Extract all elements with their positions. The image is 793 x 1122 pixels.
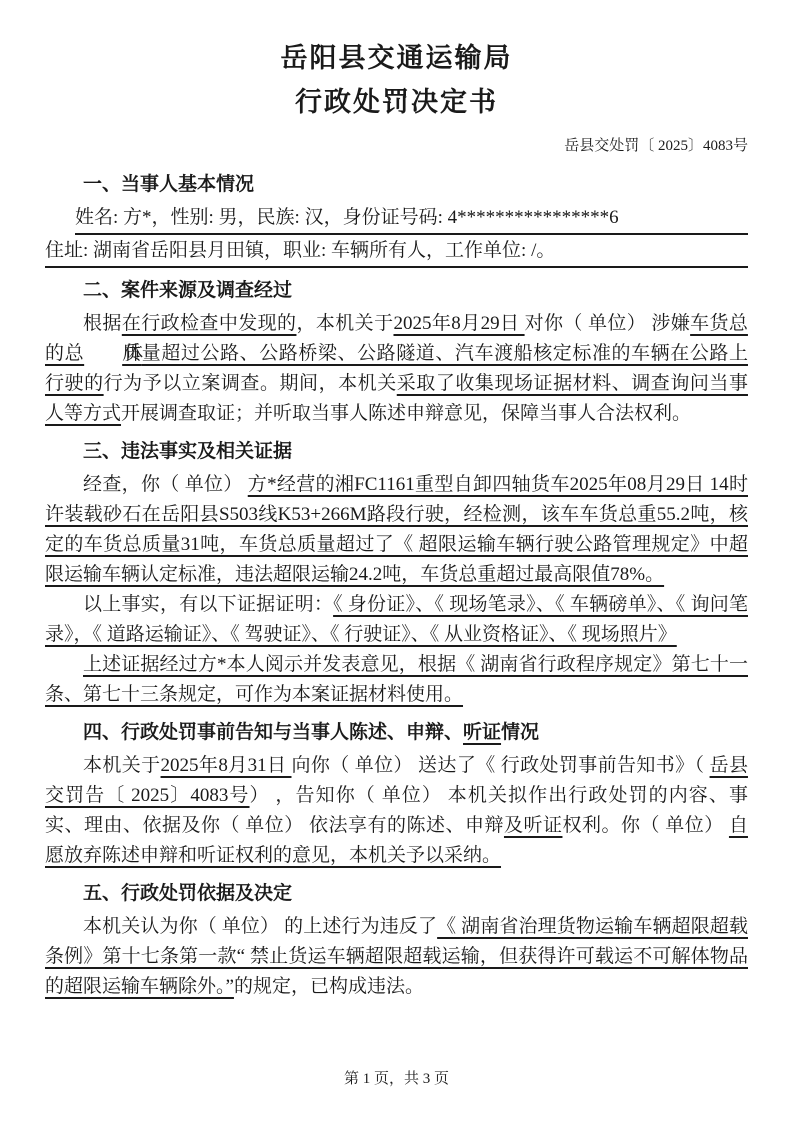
section-5-heading: 五、行政处罚依据及决定 [45, 879, 748, 909]
section-3-paragraph-evidence: 以上事实，有以下证据证明：《 身份证》、《 现场笔录》、《 车辆磅单》、《 询问… [45, 590, 748, 650]
text-segment: 的规定，已构成违法。 [234, 976, 424, 997]
page-number-footer: 第 1 页，共 3 页 [0, 1067, 793, 1088]
text-segment: 及听证 [504, 815, 563, 836]
section-1-heading: 一、当事人基本情况 [45, 170, 748, 200]
text-segment: 本机关于 [83, 755, 161, 776]
text-segment: 以上事实，有以下证据证明： [83, 594, 333, 615]
text-segment: 权利。你（ 单位） [562, 815, 728, 836]
document-title-org: 岳阳县交通运输局 [45, 36, 748, 80]
section-2-heading: 二、案件来源及调查经过 [45, 276, 748, 306]
section-4-paragraph: 本机关于2025年8月31日 向你（ 单位） 送达了《 行政处罚事前告知书》（ … [45, 751, 748, 871]
text-segment: 根据 [83, 313, 122, 334]
party-name-field: 姓名: 方*，性别: 男，民族: 汉，身份证号码: 4*************… [75, 203, 748, 235]
text-segment: 2025年8月29日 [393, 313, 524, 334]
document-page: 岳阳县交通运输局 行政处罚决定书 岳县交处罚〔 2025〕4083号 一、当事人… [0, 0, 793, 1122]
text-segment: ，本机关于 [296, 313, 393, 334]
text-segment: 听证 [463, 722, 501, 743]
text-segment: 行为予以立案调查。期间，本机关 [104, 373, 397, 394]
text-segment: 情况 [501, 722, 539, 743]
text-segment: 开展调查取证；并听取当事人陈述申辩意见，保障当事人合法权利。 [121, 403, 691, 424]
document-number: 岳县交处罚〔 2025〕4083号 [45, 136, 748, 156]
section-3-paragraph-review: 上述证据经过方*本人阅示并发表意见，根据《 湖南省行政程序规定》第七十一条、第七… [45, 650, 748, 710]
text-segment: 在行政检查中发现的 [122, 313, 297, 334]
text-segment: 对你（ 单位） 涉嫌 [525, 313, 691, 334]
text-segment: 四、行政处罚事前告知与当事人陈述、申辩、 [83, 722, 463, 743]
section-5-paragraph: 本机关认为你（ 单位） 的上述行为违反了《 湖南省治理货物运输车辆超限超载条例》… [45, 912, 748, 1002]
party-address-field: 住址: 湖南省岳阳县月田镇，职业: 车辆所有人，工作单位: /。 [45, 236, 748, 268]
section-3-paragraph-facts: 经查，你（ 单位） 方*经营的湘FC1161重型自卸四轴货车2025年08月29… [45, 470, 748, 590]
overlapped-characters: 质体 [84, 339, 141, 369]
party-name-line: 姓名: 方*，性别: 男，民族: 汉，身份证号码: 4*************… [45, 203, 748, 235]
section-2-paragraph: 根据在行政检查中发现的，本机关于2025年8月29日 对你（ 单位） 涉嫌车货总… [45, 309, 748, 429]
text-segment: 本机关认为你（ 单位） 的上述行为违反了 [83, 916, 437, 937]
text-segment: 向你（ 单位） 送达了《 行政处罚事前告知书》（ [291, 755, 709, 776]
section-3-heading: 三、违法事实及相关证据 [45, 437, 748, 467]
text-segment: 上述证据经过方*本人阅示并发表意见，根据《 湖南省行政程序规定》第七十一条、第七… [45, 654, 748, 705]
party-address-line: 住址: 湖南省岳阳县月田镇，职业: 车辆所有人，工作单位: /。 [45, 236, 748, 268]
text-segment: 2025年8月31日 [161, 755, 292, 776]
document-title-type: 行政处罚决定书 [45, 80, 748, 124]
text-segment: 经查，你（ 单位） [83, 474, 248, 495]
section-4-heading: 四、行政处罚事前告知与当事人陈述、申辩、听证情况 [45, 718, 748, 748]
first-line-indent [45, 203, 75, 235]
